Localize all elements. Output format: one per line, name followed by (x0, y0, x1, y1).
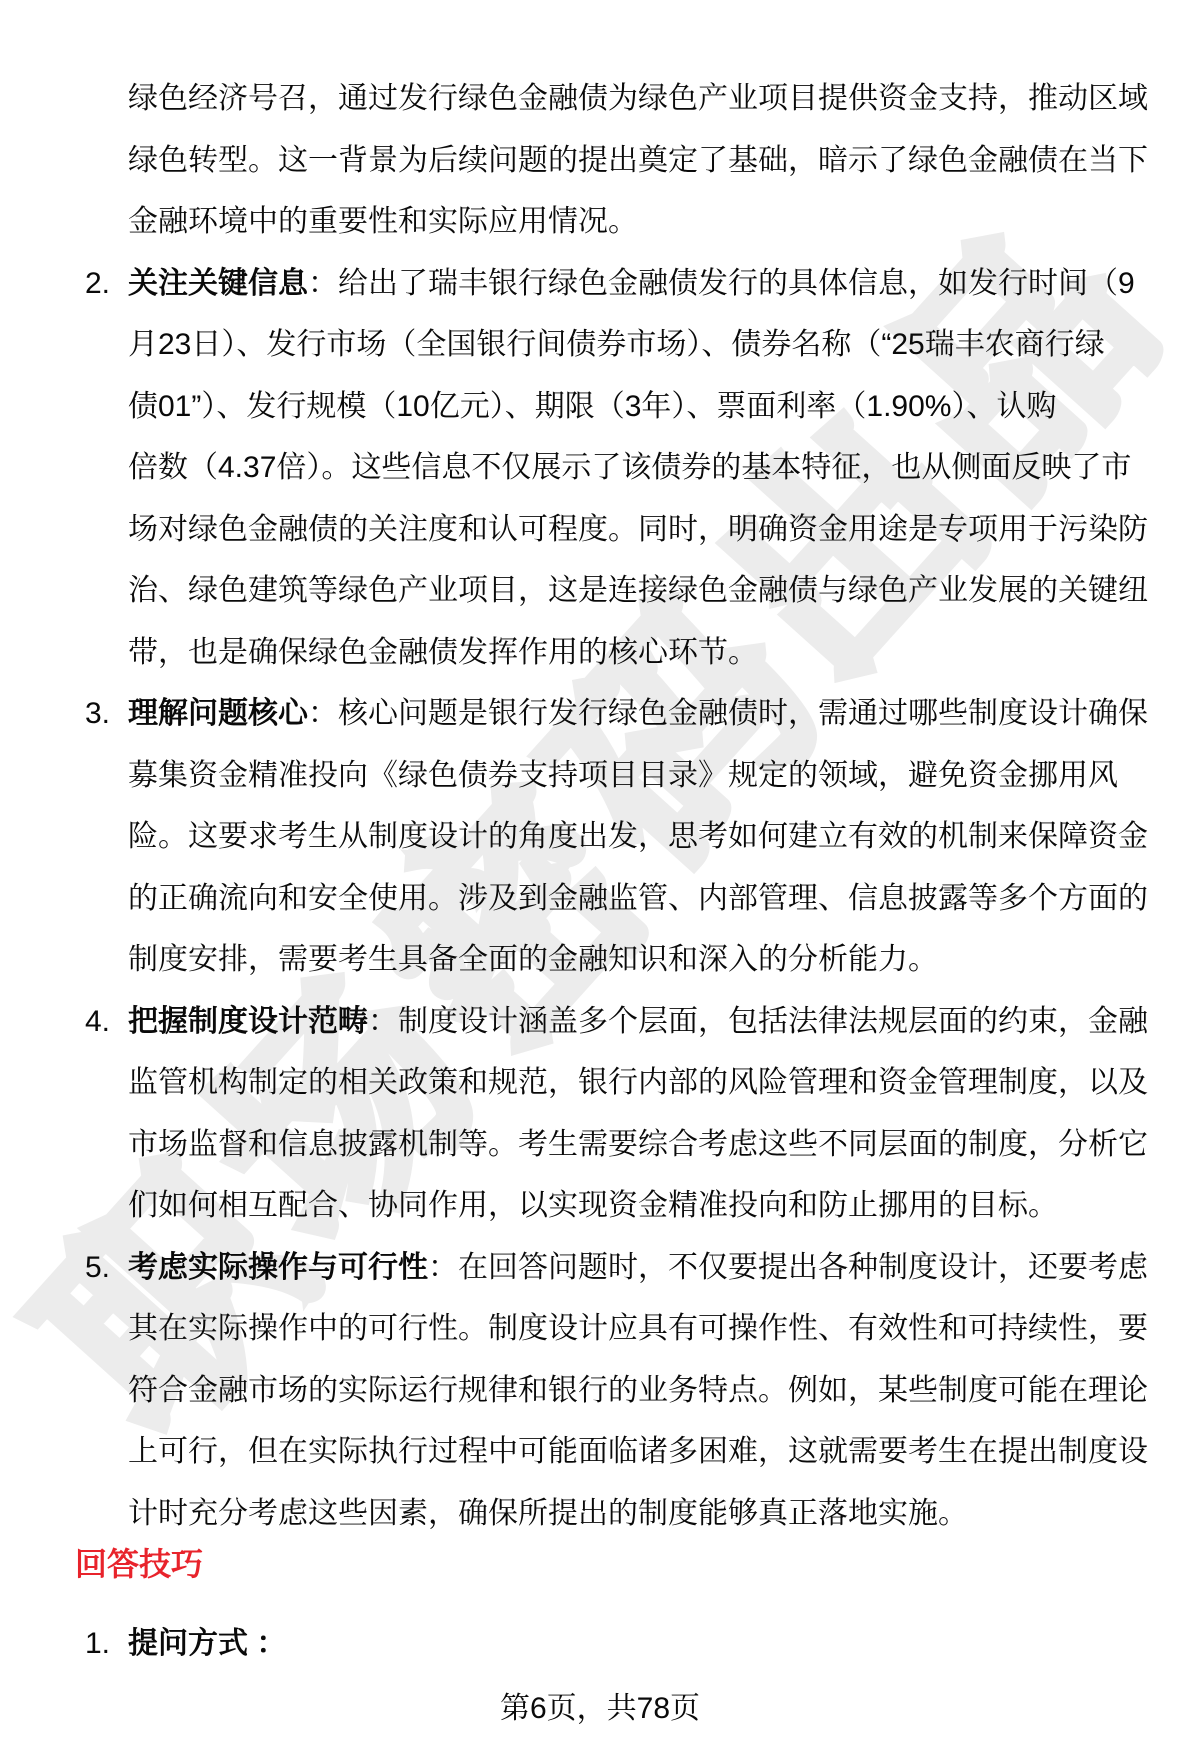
item-title: 把握制度设计范畴 (128, 1005, 368, 1038)
text-span: ：核心问题是银行发行绿色金融债时，需通过哪些制度设计确保 (308, 697, 1148, 730)
text-span: 带，也是确保绿色金融债发挥作用的核心环节。 (128, 636, 758, 669)
text-line: 监管机构制定的相关政策和规范，银行内部的风险管理和资金管理制度，以及 (0, 1052, 1200, 1114)
list-number: 2. (85, 253, 110, 315)
text-line: 倍数（4.37倍）。这些信息不仅展示了该债券的基本特征，也从侧面反映了市 (0, 437, 1200, 499)
text-span: 上可行，但在实际执行过程中可能面临诸多困难，这就需要考生在提出制度设 (128, 1435, 1148, 1468)
text-line: 2.关注关键信息：给出了瑞丰银行绿色金融债发行的具体信息，如发行时间（9 (0, 253, 1200, 315)
text-line: 其在实际操作中的可行性。制度设计应具有可操作性、有效性和可持续性，要 (0, 1298, 1200, 1360)
text-line: 5.考虑实际操作与可行性：在回答问题时，不仅要提出各种制度设计，还要考虑 (0, 1237, 1200, 1299)
section-heading: 回答技巧 (75, 1534, 203, 1596)
text-span: ：在回答问题时，不仅要提出各种制度设计，还要考虑 (428, 1251, 1148, 1284)
text-line: 制度安排，需要考生具备全面的金融知识和深入的分析能力。 (0, 929, 1200, 991)
text-line: 的正确流向和安全使用。涉及到金融监管、内部管理、信息披露等多个方面的 (0, 868, 1200, 930)
text-span: 符合金融市场的实际运行规律和银行的业务特点。例如，某些制度可能在理论 (128, 1374, 1148, 1407)
text-span: 计时充分考虑这些因素，确保所提出的制度能够真正落地实施。 (128, 1497, 968, 1530)
item-title: 提问方式 (128, 1627, 248, 1660)
text-line: 绿色经济号召，通过发行绿色金融债为绿色产业项目提供资金支持，推动区域 (0, 68, 1200, 130)
list-number: 1. (85, 1613, 110, 1675)
text-line: 治、绿色建筑等绿色产业项目，这是连接绿色金融债与绿色产业发展的关键纽 (0, 560, 1200, 622)
list-number: 5. (85, 1237, 110, 1299)
text-span: 监管机构制定的相关政策和规范，银行内部的风险管理和资金管理制度，以及 (128, 1066, 1148, 1099)
text-span: 倍数（4.37倍）。这些信息不仅展示了该债券的基本特征，也从侧面反映了市 (128, 451, 1131, 484)
list-number: 4. (85, 991, 110, 1053)
text-span: 们如何相互配合、协同作用，以实现资金精准投向和防止挪用的目标。 (128, 1189, 1058, 1222)
text-line: 险。这要求考生从制度设计的角度出发，思考如何建立有效的机制来保障资金 (0, 806, 1200, 868)
item-title: 考虑实际操作与可行性 (128, 1251, 428, 1284)
text-line: 们如何相互配合、协同作用，以实现资金精准投向和防止挪用的目标。 (0, 1175, 1200, 1237)
list-number: 3. (85, 683, 110, 745)
text-line: 金融环境中的重要性和实际应用情况。 (0, 191, 1200, 253)
item-title-colon: ： (256, 1627, 286, 1660)
text-span: 的正确流向和安全使用。涉及到金融监管、内部管理、信息披露等多个方面的 (128, 882, 1148, 915)
text-span: 市场监督和信息披露机制等。考生需要综合考虑这些不同层面的制度，分析它 (128, 1128, 1148, 1161)
page-footer: 第6页，共78页 (0, 1678, 1200, 1740)
text-span: 治、绿色建筑等绿色产业项目，这是连接绿色金融债与绿色产业发展的关键纽 (128, 574, 1148, 607)
technique-item: 1. 提问方式 ： (0, 1613, 1200, 1675)
text-span: ：给出了瑞丰银行绿色金融债发行的具体信息，如发行时间（9 (308, 267, 1135, 300)
text-span: 月23日）、发行市场（全国银行间债券市场）、债券名称（“25瑞丰农商行绿 (128, 328, 1105, 361)
content-flow: 绿色经济号召，通过发行绿色金融债为绿色产业项目提供资金支持，推动区域绿色转型。这… (0, 68, 1200, 1544)
text-line: 上可行，但在实际执行过程中可能面临诸多困难，这就需要考生在提出制度设 (0, 1421, 1200, 1483)
text-span: 金融环境中的重要性和实际应用情况。 (128, 205, 638, 238)
text-line: 募集资金精准投向《绿色债券支持项目目录》规定的领域，避免资金挪用风 (0, 745, 1200, 807)
text-line: 带，也是确保绿色金融债发挥作用的核心环节。 (0, 622, 1200, 684)
text-line: 市场监督和信息披露机制等。考生需要综合考虑这些不同层面的制度，分析它 (0, 1114, 1200, 1176)
text-span: 债01”）、发行规模（10亿元）、期限（3年）、票面利率（1.90%）、认购 (128, 390, 1056, 423)
text-line: 3.理解问题核心：核心问题是银行发行绿色金融债时，需通过哪些制度设计确保 (0, 683, 1200, 745)
item-title: 关注关键信息 (128, 267, 308, 300)
text-line: 债01”）、发行规模（10亿元）、期限（3年）、票面利率（1.90%）、认购 (0, 376, 1200, 438)
text-span: ：制度设计涵盖多个层面，包括法律法规层面的约束，金融 (368, 1005, 1148, 1038)
text-span: 场对绿色金融债的关注度和认可程度。同时，明确资金用途是专项用于污染防 (128, 513, 1148, 546)
text-line: 符合金融市场的实际运行规律和银行的业务特点。例如，某些制度可能在理论 (0, 1360, 1200, 1422)
text-span: 绿色经济号召，通过发行绿色金融债为绿色产业项目提供资金支持，推动区域 (128, 82, 1148, 115)
text-span: 险。这要求考生从制度设计的角度出发，思考如何建立有效的机制来保障资金 (128, 820, 1148, 853)
text-line: 4.把握制度设计范畴：制度设计涵盖多个层面，包括法律法规层面的约束，金融 (0, 991, 1200, 1053)
text-line: 月23日）、发行市场（全国银行间债券市场）、债券名称（“25瑞丰农商行绿 (0, 314, 1200, 376)
text-span: 制度安排，需要考生具备全面的金融知识和深入的分析能力。 (128, 943, 938, 976)
document-page: 职场密码出品 绿色经济号召，通过发行绿色金融债为绿色产业项目提供资金支持，推动区… (0, 0, 1200, 1755)
text-line: 场对绿色金融债的关注度和认可程度。同时，明确资金用途是专项用于污染防 (0, 499, 1200, 561)
text-span: 其在实际操作中的可行性。制度设计应具有可操作性、有效性和可持续性，要 (128, 1312, 1148, 1345)
text-span: 绿色转型。这一背景为后续问题的提出奠定了基础，暗示了绿色金融债在当下 (128, 144, 1148, 177)
text-span: 募集资金精准投向《绿色债券支持项目目录》规定的领域，避免资金挪用风 (128, 759, 1118, 792)
item-title: 理解问题核心 (128, 697, 308, 730)
text-line: 绿色转型。这一背景为后续问题的提出奠定了基础，暗示了绿色金融债在当下 (0, 130, 1200, 192)
